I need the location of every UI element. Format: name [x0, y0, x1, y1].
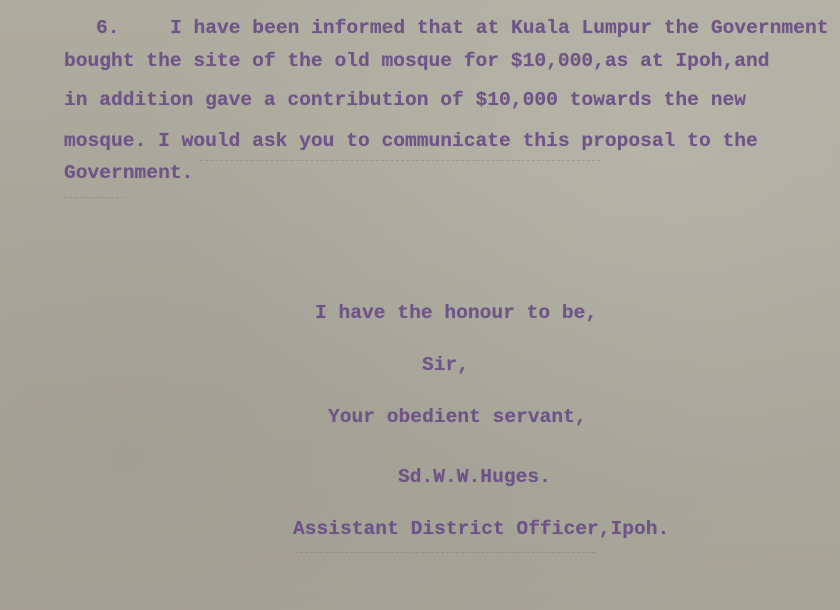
paragraph-line: in addition gave a contribution of $10,0…	[64, 91, 746, 111]
paragraph-number: 6.	[96, 19, 120, 39]
signatory-title: Assistant District Officer,Ipoh.	[293, 520, 669, 540]
paragraph-line: Government.	[64, 164, 193, 184]
faint-guide-line	[200, 160, 600, 161]
document-page: 6. I have been informed that at Kuala Lu…	[0, 0, 840, 610]
faint-guide-line	[64, 197, 124, 198]
paragraph-line: mosque. I would ask you to communicate t…	[64, 132, 758, 152]
closing-valediction: Your obedient servant,	[328, 408, 587, 428]
paragraph-line: I have been informed that at Kuala Lumpu…	[170, 19, 828, 39]
closing-salutation: I have the honour to be,	[315, 304, 597, 324]
signature: Sd.W.W.Huges.	[398, 468, 551, 488]
closing-address: Sir,	[422, 356, 469, 376]
paragraph-line: bought the site of the old mosque for $1…	[64, 52, 770, 72]
faint-guide-line	[295, 552, 595, 553]
